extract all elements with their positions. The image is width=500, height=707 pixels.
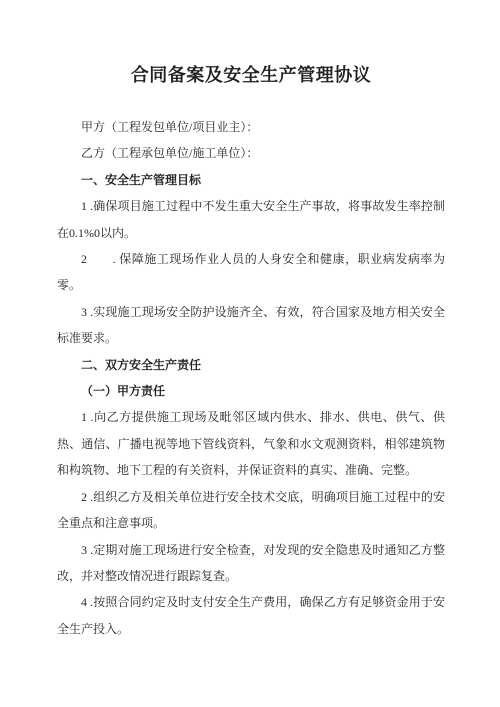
paragraph: 4 .按照合同约定及时支付安全生产费用，确保乙方有足够资金用于安全生产投入。	[57, 589, 445, 642]
paragraph: 1 .向乙方提供施工现场及毗邻区域内供水、排水、供电、供气、供热、通信、广播电视…	[57, 404, 445, 483]
paragraph: 1 .确保项目施工过程中不发生重大安全生产事故，将事故发生率控制在0.1%0以内…	[57, 193, 445, 246]
section-heading: （一）甲方责任	[57, 378, 445, 404]
paragraph: 2 .组织乙方及相关单位进行安全技术交底，明确项目施工过程中的安全重点和注意事项…	[57, 484, 445, 537]
paragraph: 乙方（工程承包单位/施工单位）：	[57, 140, 445, 166]
section-heading: 一、安全生产管理目标	[57, 167, 445, 193]
section-heading: 二、双方安全生产责任	[57, 352, 445, 378]
paragraph: 3 .实现施工现场安全防护设施齐全、有效，符合国家及地方相关安全标准要求。	[57, 299, 445, 352]
paragraph: 3 .定期对施工现场进行安全检查，对发现的安全隐患及时通知乙方整改，并对整改情况…	[57, 537, 445, 590]
paragraph: 甲方（工程发包单位/项目业主）：	[57, 114, 445, 140]
document-title: 合同备案及安全生产管理协议	[57, 60, 445, 90]
document-body: 甲方（工程发包单位/项目业主）：乙方（工程承包单位/施工单位）：一、安全生产管理…	[57, 114, 445, 642]
document-page: 合同备案及安全生产管理协议 甲方（工程发包单位/项目业主）：乙方（工程承包单位/…	[0, 0, 500, 707]
paragraph: 2 . 保障施工现场作业人员的人身安全和健康，职业病发病率为零。	[57, 246, 445, 299]
